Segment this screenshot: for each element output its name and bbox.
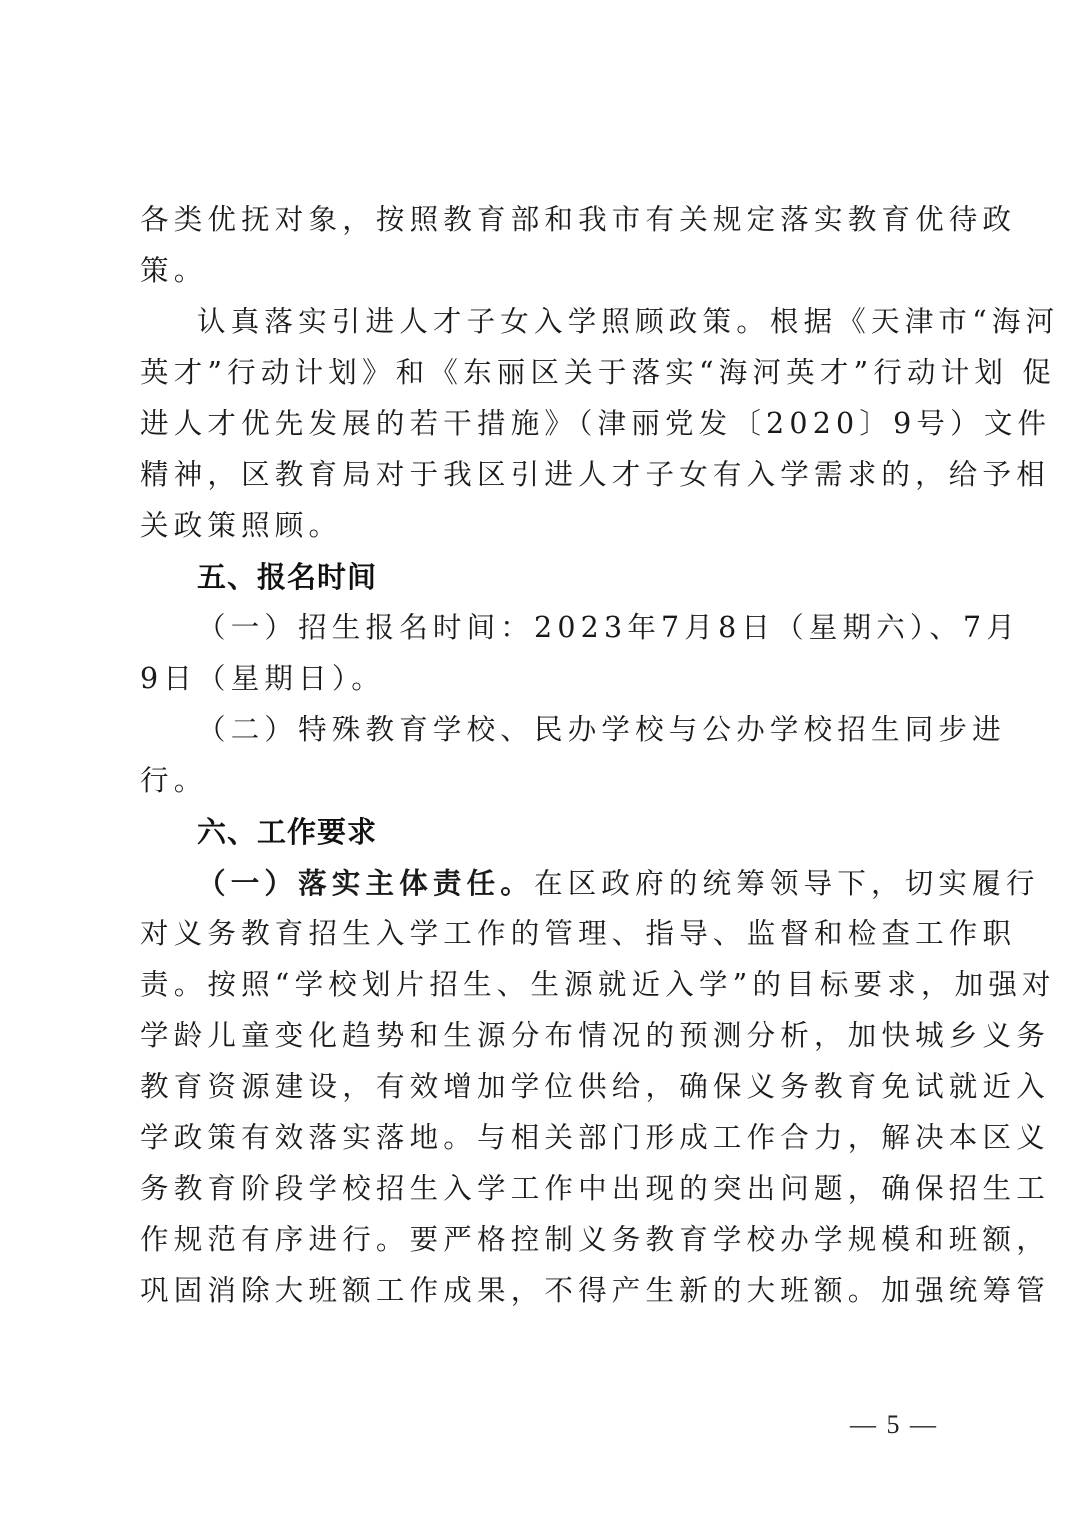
paragraph-line: 9日（星期日）。 [140, 659, 940, 699]
section-heading-registration-time: 五、报名时间 [197, 557, 377, 597]
paragraph-line: 学龄儿童变化趋势和生源分布情况的预测分析，加快城乡义务 [140, 1016, 940, 1056]
paragraph-line: 进人才优先发展的若干措施》（津丽党发〔2020〕9号）文件 [140, 404, 940, 444]
paragraph-line: 务教育阶段学校招生入学工作中出现的突出问题，确保招生工 [140, 1169, 940, 1209]
paragraph-line: 学政策有效落实落地。与相关部门形成工作合力，解决本区义 [140, 1118, 940, 1158]
paragraph-line: （一）招生报名时间：2023年7月8日（星期六）、7月 [197, 608, 940, 648]
item-title: （一）落实主体责任。 [197, 866, 534, 900]
paragraph-line: 关政策照顾。 [140, 506, 940, 546]
paragraph-line: （二）特殊教育学校、民办学校与公办学校招生同步进 [197, 710, 940, 750]
paragraph-line-item-1: （一）落实主体责任。在区政府的统筹领导下，切实履行 [197, 863, 940, 903]
paragraph-line: 策。 [140, 251, 940, 291]
paragraph-line: 精神，区教育局对于我区引进人才子女有入学需求的，给予相 [140, 455, 940, 495]
paragraph-line: 责。按照“学校划片招生、生源就近入学”的目标要求，加强对 [140, 965, 940, 1005]
paragraph-line: 巩固消除大班额工作成果，不得产生新的大班额。加强统筹管 [140, 1271, 940, 1311]
paragraph-line: 认真落实引进人才子女入学照顾政策。根据《天津市“海河 [197, 302, 940, 342]
paragraph-line: 对义务教育招生入学工作的管理、指导、监督和检查工作职 [140, 914, 940, 954]
paragraph-line: 英才”行动计划》和《东丽区关于落实“海河英才”行动计划 促 [140, 353, 940, 393]
paragraph-line: 作规范有序进行。要严格控制义务教育学校办学规模和班额， [140, 1220, 940, 1260]
paragraph-line: 各类优抚对象，按照教育部和我市有关规定落实教育优待政 [140, 200, 940, 240]
document-page: 各类优抚对象，按照教育部和我市有关规定落实教育优待政 策。 认真落实引进人才子女… [0, 0, 1080, 1527]
section-heading-work-requirements: 六、工作要求 [197, 812, 377, 852]
page-number: — 5 — [850, 1405, 938, 1445]
paragraph-line: 行。 [140, 761, 940, 801]
paragraph-line: 教育资源建设，有效增加学位供给，确保义务教育免试就近入 [140, 1067, 940, 1107]
item-text: 在区政府的统筹领导下，切实履行 [534, 867, 1040, 900]
